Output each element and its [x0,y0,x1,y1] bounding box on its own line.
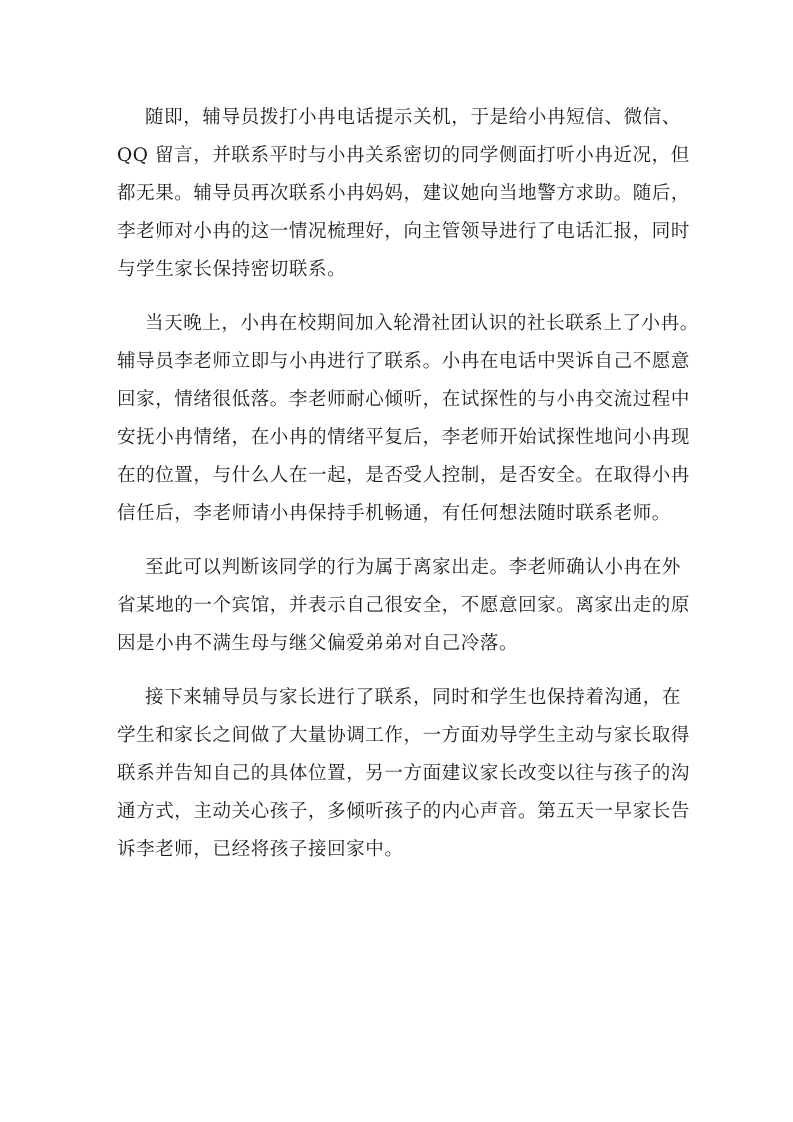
text-line: 当天晚上，小冉在校期间加入轮滑社团认识的社长联系上了小冉。 [117,305,681,343]
text-line: 至此可以判断该同学的行为属于离家出走。李老师确认小冉在外 [117,549,681,587]
document-page: 随即，辅导员拨打小冉电话提示关机，于是给小冉短信、微信、 QQ 留言，并联系平时… [0,0,793,1122]
text-line: 接下来辅导员与家长进行了联系，同时和学生也保持着沟通，在 [117,679,681,717]
text-line: 随即，辅导员拨打小冉电话提示关机，于是给小冉短信、微信、 [117,99,681,137]
text-line: 与学生家长保持密切联系。 [117,251,681,289]
text-line: 诉李老师，已经将孩子接回家中。 [117,831,681,869]
paragraph-4: 接下来辅导员与家长进行了联系，同时和学生也保持着沟通，在 学生和家长之间做了大量… [117,679,681,869]
paragraph-2: 当天晚上，小冉在校期间加入轮滑社团认识的社长联系上了小冉。 辅导员李老师立即与小… [117,305,681,533]
text-line: 在的位置，与什么人在一起，是否受人控制，是否安全。在取得小冉 [117,457,681,495]
text-line: 因是小冉不满生母与继父偏爱弟弟对自己冷落。 [117,625,681,663]
text-line: 李老师对小冉的这一情况梳理好，向主管领导进行了电话汇报，同时 [117,213,681,251]
paragraph-3: 至此可以判断该同学的行为属于离家出走。李老师确认小冉在外 省某地的一个宾馆，并表… [117,549,681,663]
text-line: 安抚小冉情绪，在小冉的情绪平复后，李老师开始试探性地问小冉现 [117,419,681,457]
text-line: 联系并告知自己的具体位置，另一方面建议家长改变以往与孩子的沟 [117,755,681,793]
text-line: 通方式，主动关心孩子，多倾听孩子的内心声音。第五天一早家长告 [117,793,681,831]
paragraph-1: 随即，辅导员拨打小冉电话提示关机，于是给小冉短信、微信、 QQ 留言，并联系平时… [117,99,681,289]
text-line: 都无果。辅导员再次联系小冉妈妈，建议她向当地警方求助。随后， [117,175,681,213]
text-line: 辅导员李老师立即与小冉进行了联系。小冉在电话中哭诉自己不愿意 [117,343,681,381]
text-line: 学生和家长之间做了大量协调工作，一方面劝导学生主动与家长取得 [117,717,681,755]
text-line: 回家，情绪很低落。李老师耐心倾听，在试探性的与小冉交流过程中 [117,381,681,419]
document-body: 随即，辅导员拨打小冉电话提示关机，于是给小冉短信、微信、 QQ 留言，并联系平时… [117,99,681,885]
text-line: 省某地的一个宾馆，并表示自己很安全，不愿意回家。离家出走的原 [117,587,681,625]
text-line: QQ 留言，并联系平时与小冉关系密切的同学侧面打听小冉近况，但 [117,137,681,175]
text-line: 信任后，李老师请小冉保持手机畅通，有任何想法随时联系老师。 [117,495,681,533]
